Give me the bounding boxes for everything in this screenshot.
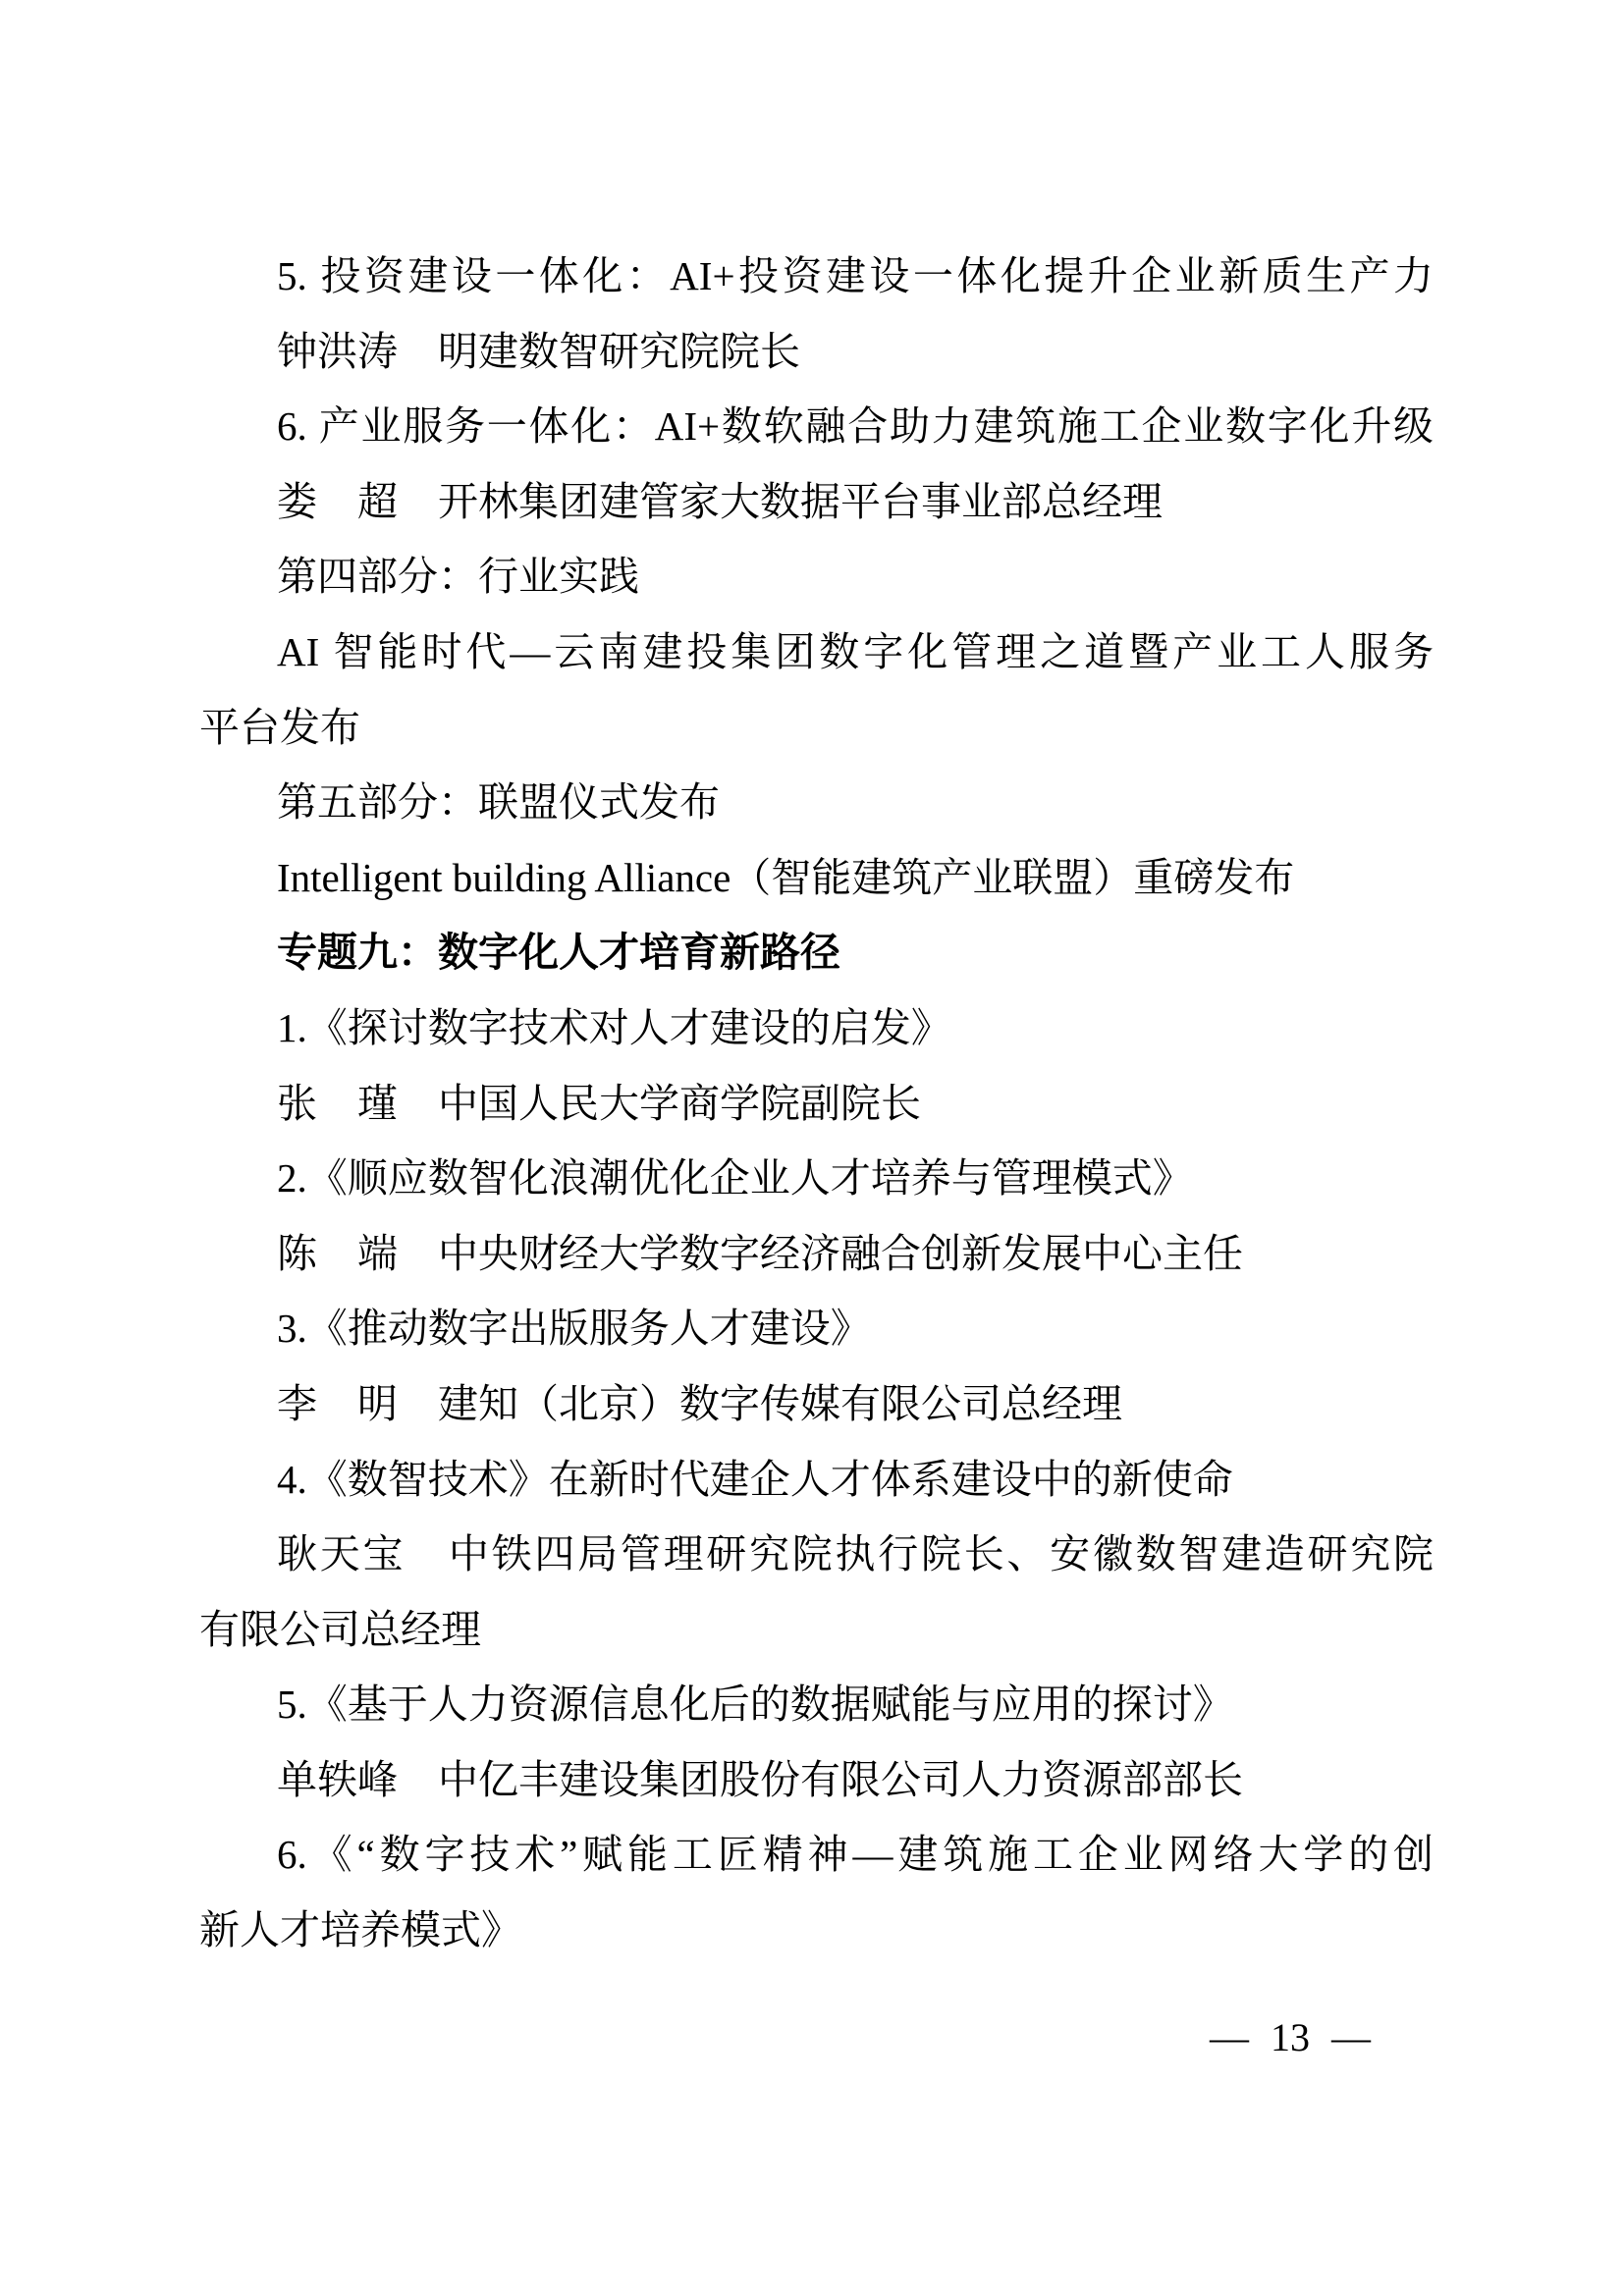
speaker-li-ming: 李 明 建知（北京）数字传媒有限公司总经理 [199, 1366, 1434, 1442]
section-part-4: 第四部分：行业实践 [199, 539, 1434, 614]
document-body: 5. 投资建设一体化：AI+投资建设一体化提升企业新质生产力 钟洪涛 明建数智研… [199, 239, 1434, 1968]
part-4-item-line-2: 平台发布 [199, 690, 1434, 766]
page-number: — 13 — [1210, 2008, 1371, 2067]
speaker-chen-duan: 陈 端 中央财经大学数字经济融合创新发展中心主任 [199, 1216, 1434, 1292]
topic9-item-3-title: 3.《推动数字出版服务人才建设》 [199, 1291, 1434, 1366]
agenda-item-6-title: 6. 产业服务一体化：AI+数软融合助力建筑施工企业数字化升级 [199, 389, 1434, 464]
part-4-item-line-1: AI 智能时代—云南建投集团数字化管理之道暨产业工人服务 [199, 614, 1434, 690]
alliance-release-line: Intelligent building Alliance（智能建筑产业联盟）重… [199, 840, 1434, 916]
topic9-item-4-title: 4.《数智技术》在新时代建企人才体系建设中的新使命 [199, 1442, 1434, 1518]
speaker-zhong-hongtao: 钟洪涛 明建数智研究院院长 [199, 314, 1434, 390]
topic9-item-5-title: 5.《基于人力资源信息化后的数据赋能与应用的探讨》 [199, 1667, 1434, 1742]
agenda-item-5-title: 5. 投资建设一体化：AI+投资建设一体化提升企业新质生产力 [199, 239, 1434, 314]
topic9-item-1-title: 1.《探讨数字技术对人才建设的启发》 [199, 990, 1434, 1066]
speaker-geng-tianbao-line2: 有限公司总经理 [199, 1592, 1434, 1668]
speaker-lou-chao: 娄 超 开林集团建管家大数据平台事业部总经理 [199, 464, 1434, 540]
section-part-5: 第五部分：联盟仪式发布 [199, 765, 1434, 840]
topic9-item-2-title: 2.《顺应数智化浪潮优化企业人才培养与管理模式》 [199, 1141, 1434, 1216]
speaker-shan-yifeng: 单轶峰 中亿丰建设集团股份有限公司人力资源部部长 [199, 1742, 1434, 1818]
topic9-item-6-title-line1: 6.《“数字技术”赋能工匠精神—建筑施工企业网络大学的创 [199, 1817, 1434, 1893]
topic9-item-6-title-line2: 新人才培养模式》 [199, 1893, 1434, 1968]
speaker-zhang-jin: 张 瑾 中国人民大学商学院副院长 [199, 1066, 1434, 1142]
document-page: 5. 投资建设一体化：AI+投资建设一体化提升企业新质生产力 钟洪涛 明建数智研… [0, 0, 1624, 2296]
topic-9-heading: 专题九：数字化人才培育新路径 [199, 915, 1434, 990]
speaker-geng-tianbao-line1: 耿天宝 中铁四局管理研究院执行院长、安徽数智建造研究院 [199, 1517, 1434, 1592]
